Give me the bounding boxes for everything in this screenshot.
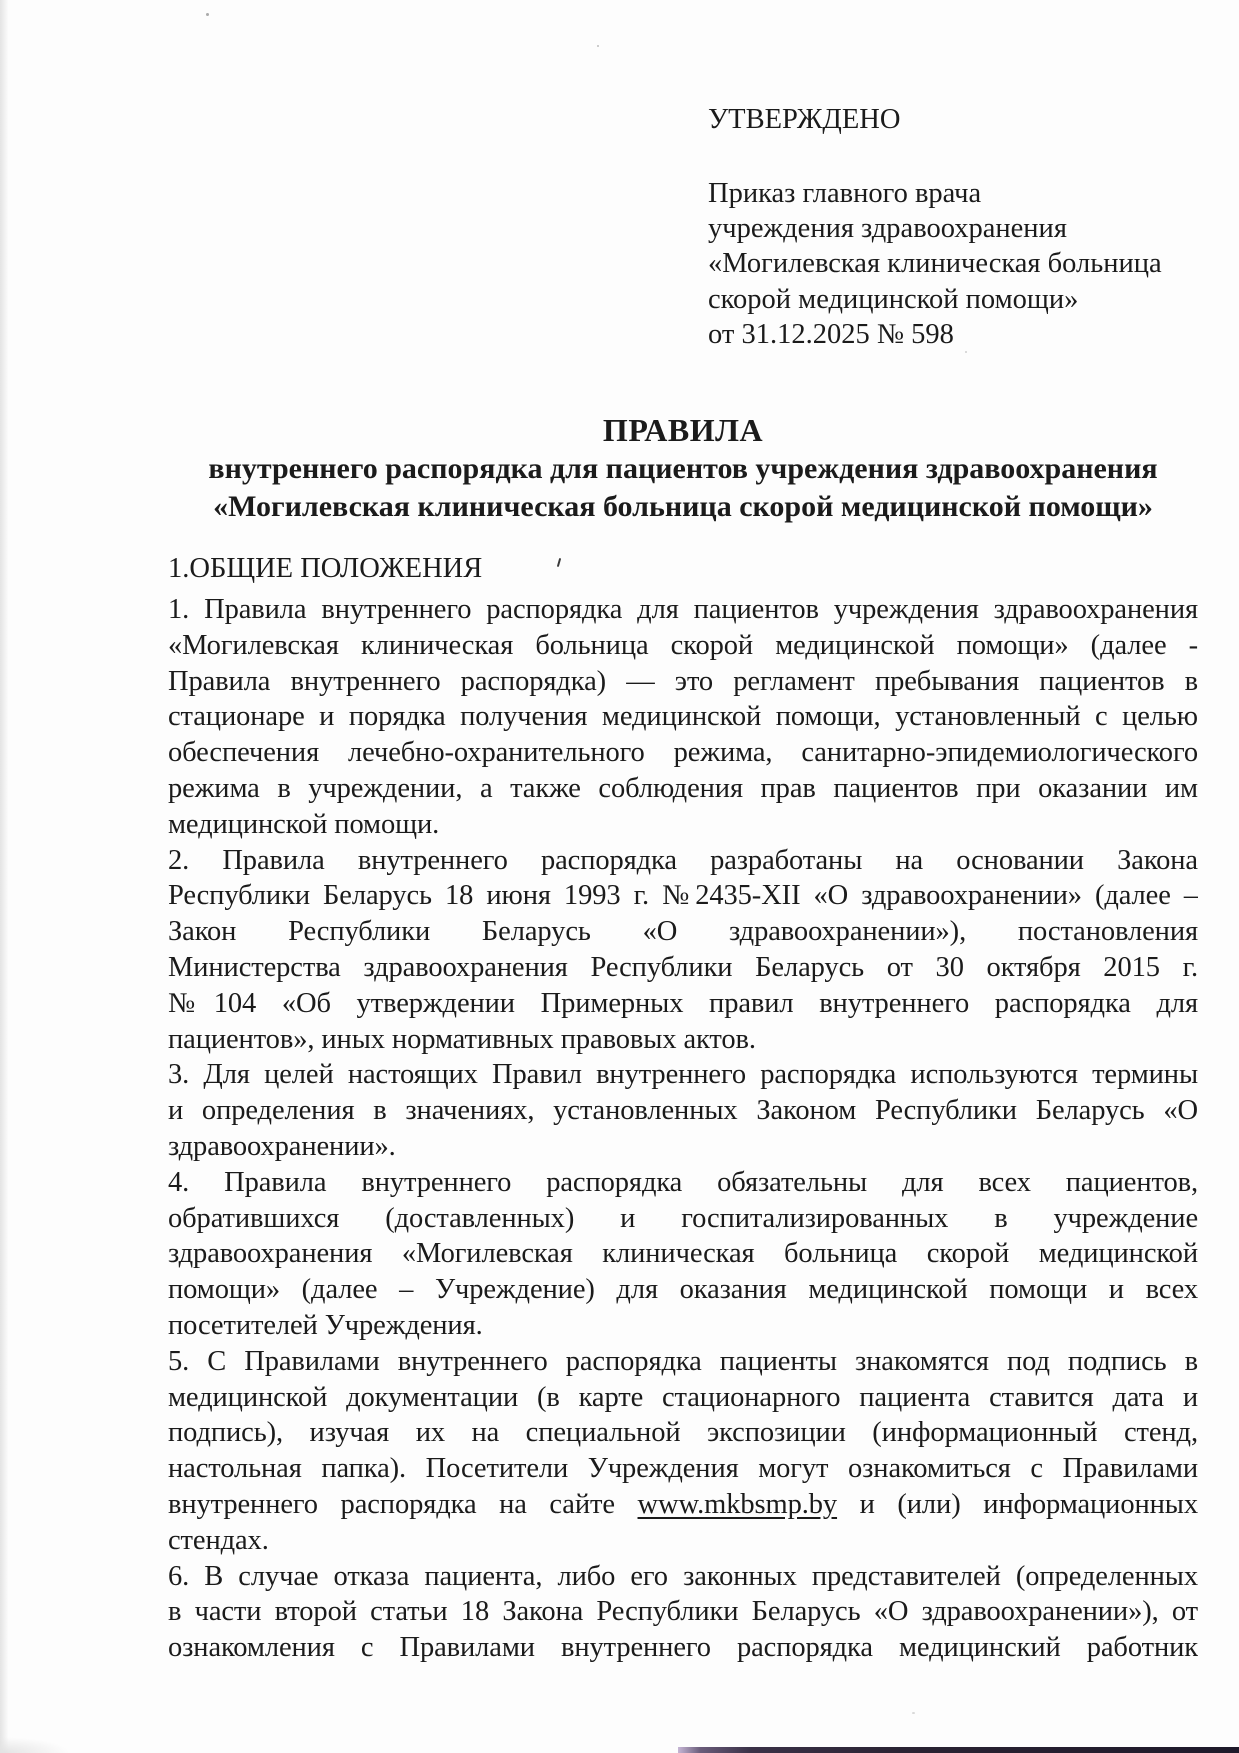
title-line-3: «Могилевская клиническая больница скорой… [168, 488, 1198, 527]
document-line: настольная папка). Посетители Учреждения… [168, 1451, 1198, 1487]
approval-lines: Приказ главного врачаучреждения здравоох… [708, 176, 1162, 352]
document-line: стационаре и порядка получения медицинск… [168, 699, 1198, 735]
document-line: Правила внутреннего распорядка) — это ре… [168, 664, 1198, 700]
document-line: №104 «Об утверждении Примерных правил вн… [168, 986, 1198, 1022]
document-line: и определения в значениях, установленных… [168, 1093, 1198, 1129]
document-line: 4. Правила внутреннего распорядка обязат… [168, 1165, 1198, 1201]
scan-edge-shadow [0, 0, 8, 1753]
document-line: помощи» (далее – Учреждение) для оказани… [168, 1272, 1198, 1308]
document-line: «Могилевская клиническая больница скорой… [168, 628, 1198, 664]
document-line: стендах. [168, 1523, 1198, 1559]
approval-line: от 31.12.2025 № 598 [708, 317, 1162, 352]
document-title: ПРАВИЛА внутреннего распорядка для пацие… [168, 411, 1198, 527]
scan-corner-smudge [0, 1737, 70, 1753]
document-line: внутреннего распорядка на сайте www.mkbs… [168, 1487, 1198, 1523]
document-line: обеспечения лечебно-охранительного режим… [168, 735, 1198, 771]
document-line: Республики Беларусь 18 июня 1993 г. №243… [168, 878, 1198, 914]
document-line: здравоохранения «Могилевская клиническая… [168, 1236, 1198, 1272]
document-line: режима в учреждении, а также соблюдения … [168, 771, 1198, 807]
document-body: 1. Правила внутреннего распорядка для па… [168, 592, 1198, 1666]
approval-line: учреждения здравоохранения [708, 211, 1162, 246]
document-line: здравоохранении». [168, 1129, 1198, 1165]
document-line: Закон Республики Беларусь «О здравоохран… [168, 914, 1198, 950]
scan-speck [912, 1712, 915, 1714]
document-line: 6. В случае отказа пациента, либо его за… [168, 1559, 1198, 1595]
section-heading: 1.ОБЩИЕ ПОЛОЖЕНИЯ [168, 551, 1198, 587]
text-segment: и (или) информационных [837, 1489, 1198, 1520]
document-line: 2. Правила внутреннего распорядка разраб… [168, 843, 1198, 879]
approval-block: УТВЕРЖДЕНО Приказ главного врачаучрежден… [708, 102, 1162, 352]
document-line: 1. Правила внутреннего распорядка для па… [168, 592, 1198, 628]
approval-line: Приказ главного врача [708, 176, 1162, 211]
document-line: посетителей Учреждения. [168, 1308, 1198, 1344]
document-line: ознакомления с Правилами внутреннего рас… [168, 1630, 1198, 1666]
scan-bottom-edge [678, 1747, 1239, 1753]
scanned-document-page: УТВЕРЖДЕНО Приказ главного врачаучрежден… [0, 0, 1239, 1753]
text-segment: внутреннего распорядка на сайте [168, 1489, 638, 1520]
document-line: 3. Для целей настоящих Правил внутреннег… [168, 1057, 1198, 1093]
document-line: 5. С Правилами внутреннего распорядка па… [168, 1344, 1198, 1380]
document-line: медицинской документации (в карте стацио… [168, 1380, 1198, 1416]
approval-stamp: УТВЕРЖДЕНО [708, 102, 1162, 137]
document-line: в части второй статьи 18 Закона Республи… [168, 1594, 1198, 1630]
document-line: медицинской помощи. [168, 807, 1198, 843]
scan-speck [597, 45, 599, 47]
approval-line: скорой медицинской помощи» [708, 282, 1162, 317]
scan-speck [206, 13, 209, 16]
document-line: обратившихся (доставленных) и госпитализ… [168, 1201, 1198, 1237]
approval-line: «Могилевская клиническая больница [708, 246, 1162, 281]
title-line-2: внутреннего распорядка для пациентов учр… [168, 450, 1198, 489]
title-line-1: ПРАВИЛА [168, 411, 1198, 450]
website-link: www.mkbsmp.by [638, 1489, 838, 1520]
document-line: пациентов», иных нормативных правовых ак… [168, 1022, 1198, 1058]
document-line: подпись), изучая их на специальной экспо… [168, 1415, 1198, 1451]
document-line: Министерства здравоохранения Республики … [168, 950, 1198, 986]
